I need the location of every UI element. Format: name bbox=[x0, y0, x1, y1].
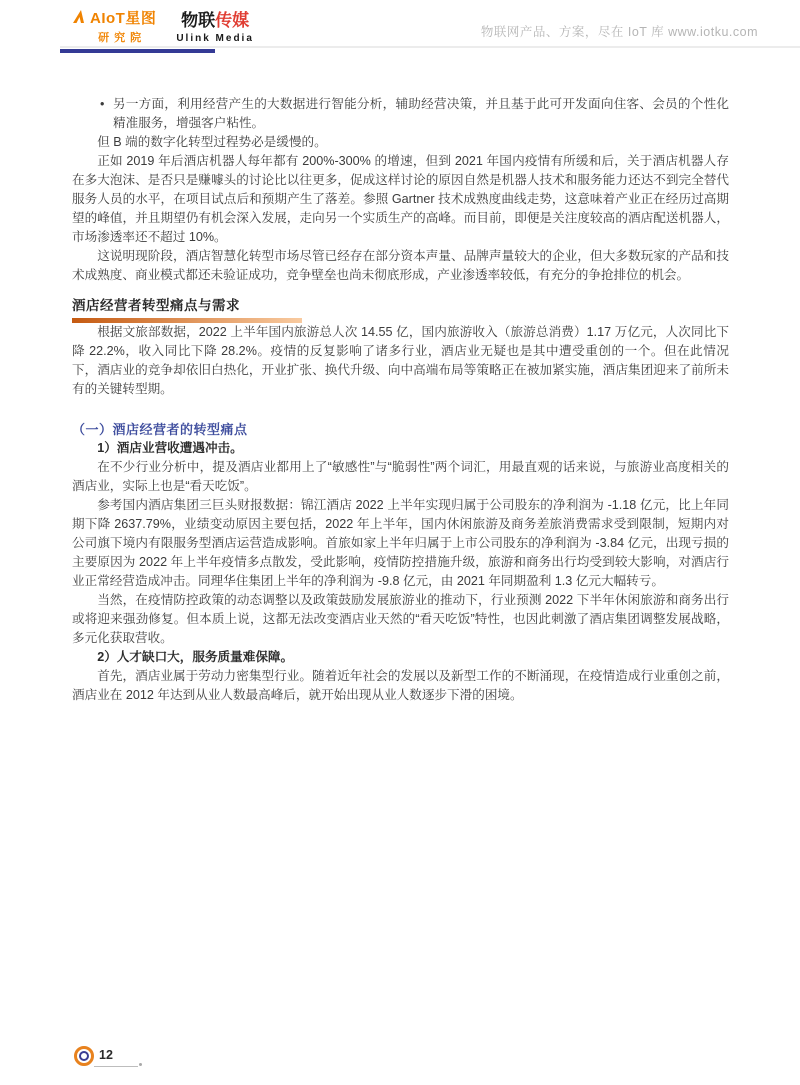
header-logos: AIoT星图 研究院 物联传媒 Ulink Media bbox=[72, 9, 254, 44]
footer-ring-inner bbox=[79, 1051, 89, 1061]
footer-divider-dot bbox=[139, 1063, 142, 1066]
paragraph: 首先，酒店业属于劳动力密集型行业。随着近年社会的发展以及新型工作的不断涌现，在疫… bbox=[72, 667, 729, 705]
aiot-logo-text: AIoT星图 bbox=[90, 11, 156, 28]
aiot-logo: AIoT星图 研究院 bbox=[72, 9, 156, 44]
ulink-logo: 物联传媒 Ulink Media bbox=[176, 9, 254, 44]
paragraph: 正如 2019 年后酒店机器人每年都有 200%-300% 的增速，但到 202… bbox=[72, 152, 729, 247]
page-number: 12 bbox=[99, 1048, 113, 1062]
header-rule bbox=[60, 46, 800, 48]
header-tagline: 物联网产品、方案，尽在 IoT 库 www.iotku.com bbox=[481, 22, 758, 40]
ulink-logo-en: Ulink Media bbox=[176, 33, 254, 44]
ulink-logo-cn-black: 物联 bbox=[181, 11, 215, 30]
bullet-item: • 另一方面，利用经营产生的大数据进行智能分析，辅助经营决策，并且基于此可开发面… bbox=[100, 95, 729, 133]
paragraph: 根据文旅部数据，2022 上半年国内旅游总人次 14.55 亿，国内旅游收入（旅… bbox=[72, 323, 729, 399]
paragraph: 当然，在疫情防控政策的动态调整以及政策鼓励发展旅游业的推动下，行业预测 2022… bbox=[72, 591, 729, 648]
paragraph: 这说明现阶段，酒店智慧化转型市场尽管已经存在部分资本声量、品牌声量较大的企业，但… bbox=[72, 247, 729, 285]
section-heading: 酒店经营者转型痛点与需求 bbox=[72, 296, 729, 315]
footer-ring-icon bbox=[74, 1046, 94, 1066]
numbered-item-title: 2）人才缺口大，服务质量难保障。 bbox=[72, 648, 729, 667]
aiot-swoosh-icon bbox=[72, 9, 88, 30]
document-body: • 另一方面，利用经营产生的大数据进行智能分析，辅助经营决策，并且基于此可开发面… bbox=[72, 88, 729, 705]
paragraph: 但 B 端的数字化转型过程势必是缓慢的。 bbox=[72, 133, 729, 152]
bullet-text: 另一方面，利用经营产生的大数据进行智能分析，辅助经营决策，并且基于此可开发面向住… bbox=[113, 97, 729, 130]
bullet-dot-icon: • bbox=[100, 95, 104, 114]
report-page: AIoT星图 研究院 物联传媒 Ulink Media 物联网产品、方案，尽在 … bbox=[0, 0, 800, 1085]
subsection-heading: （一）酒店经营者的转型痛点 bbox=[72, 420, 729, 439]
ulink-logo-cn-red: 传媒 bbox=[215, 11, 249, 30]
numbered-item-title: 1）酒店业营收遭遇冲击。 bbox=[72, 439, 729, 458]
header-navy-bar bbox=[60, 49, 215, 53]
paragraph: 在不少行业分析中，提及酒店业都用上了“敏感性”与“脆弱性”两个词汇，用最直观的话… bbox=[72, 458, 729, 496]
footer-divider bbox=[94, 1066, 138, 1067]
paragraph: 参考国内酒店集团三巨头财报数据：锦江酒店 2022 上半年实现归属于公司股东的净… bbox=[72, 496, 729, 591]
aiot-logo-subtext: 研究院 bbox=[72, 32, 156, 44]
